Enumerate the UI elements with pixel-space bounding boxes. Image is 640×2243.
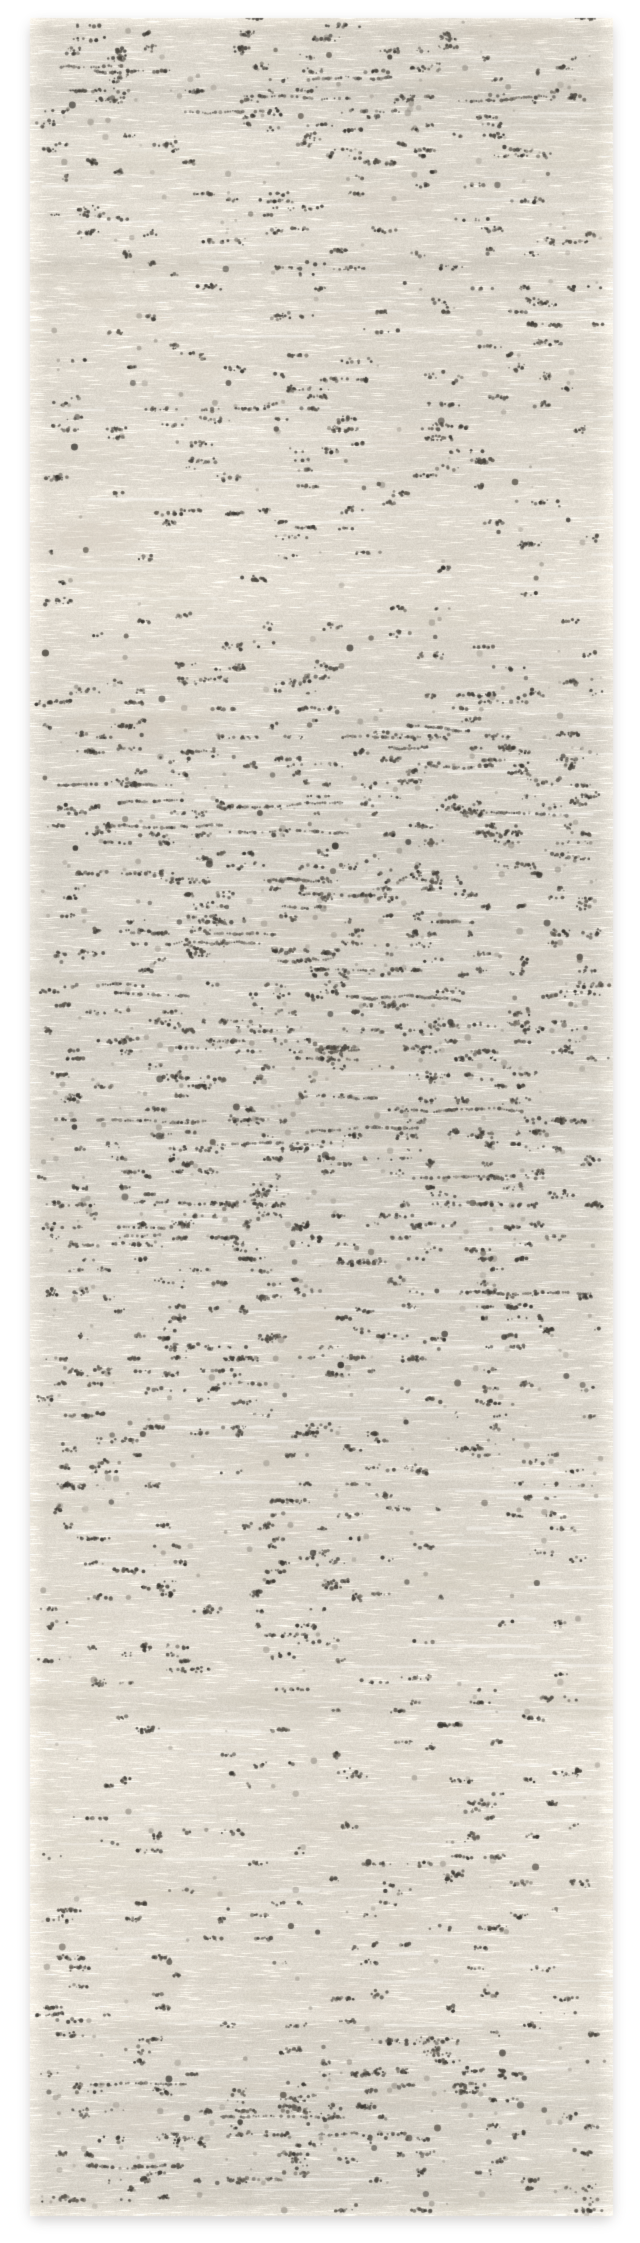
product-image-container <box>0 0 640 2243</box>
rug-runner-photo <box>0 0 640 2243</box>
